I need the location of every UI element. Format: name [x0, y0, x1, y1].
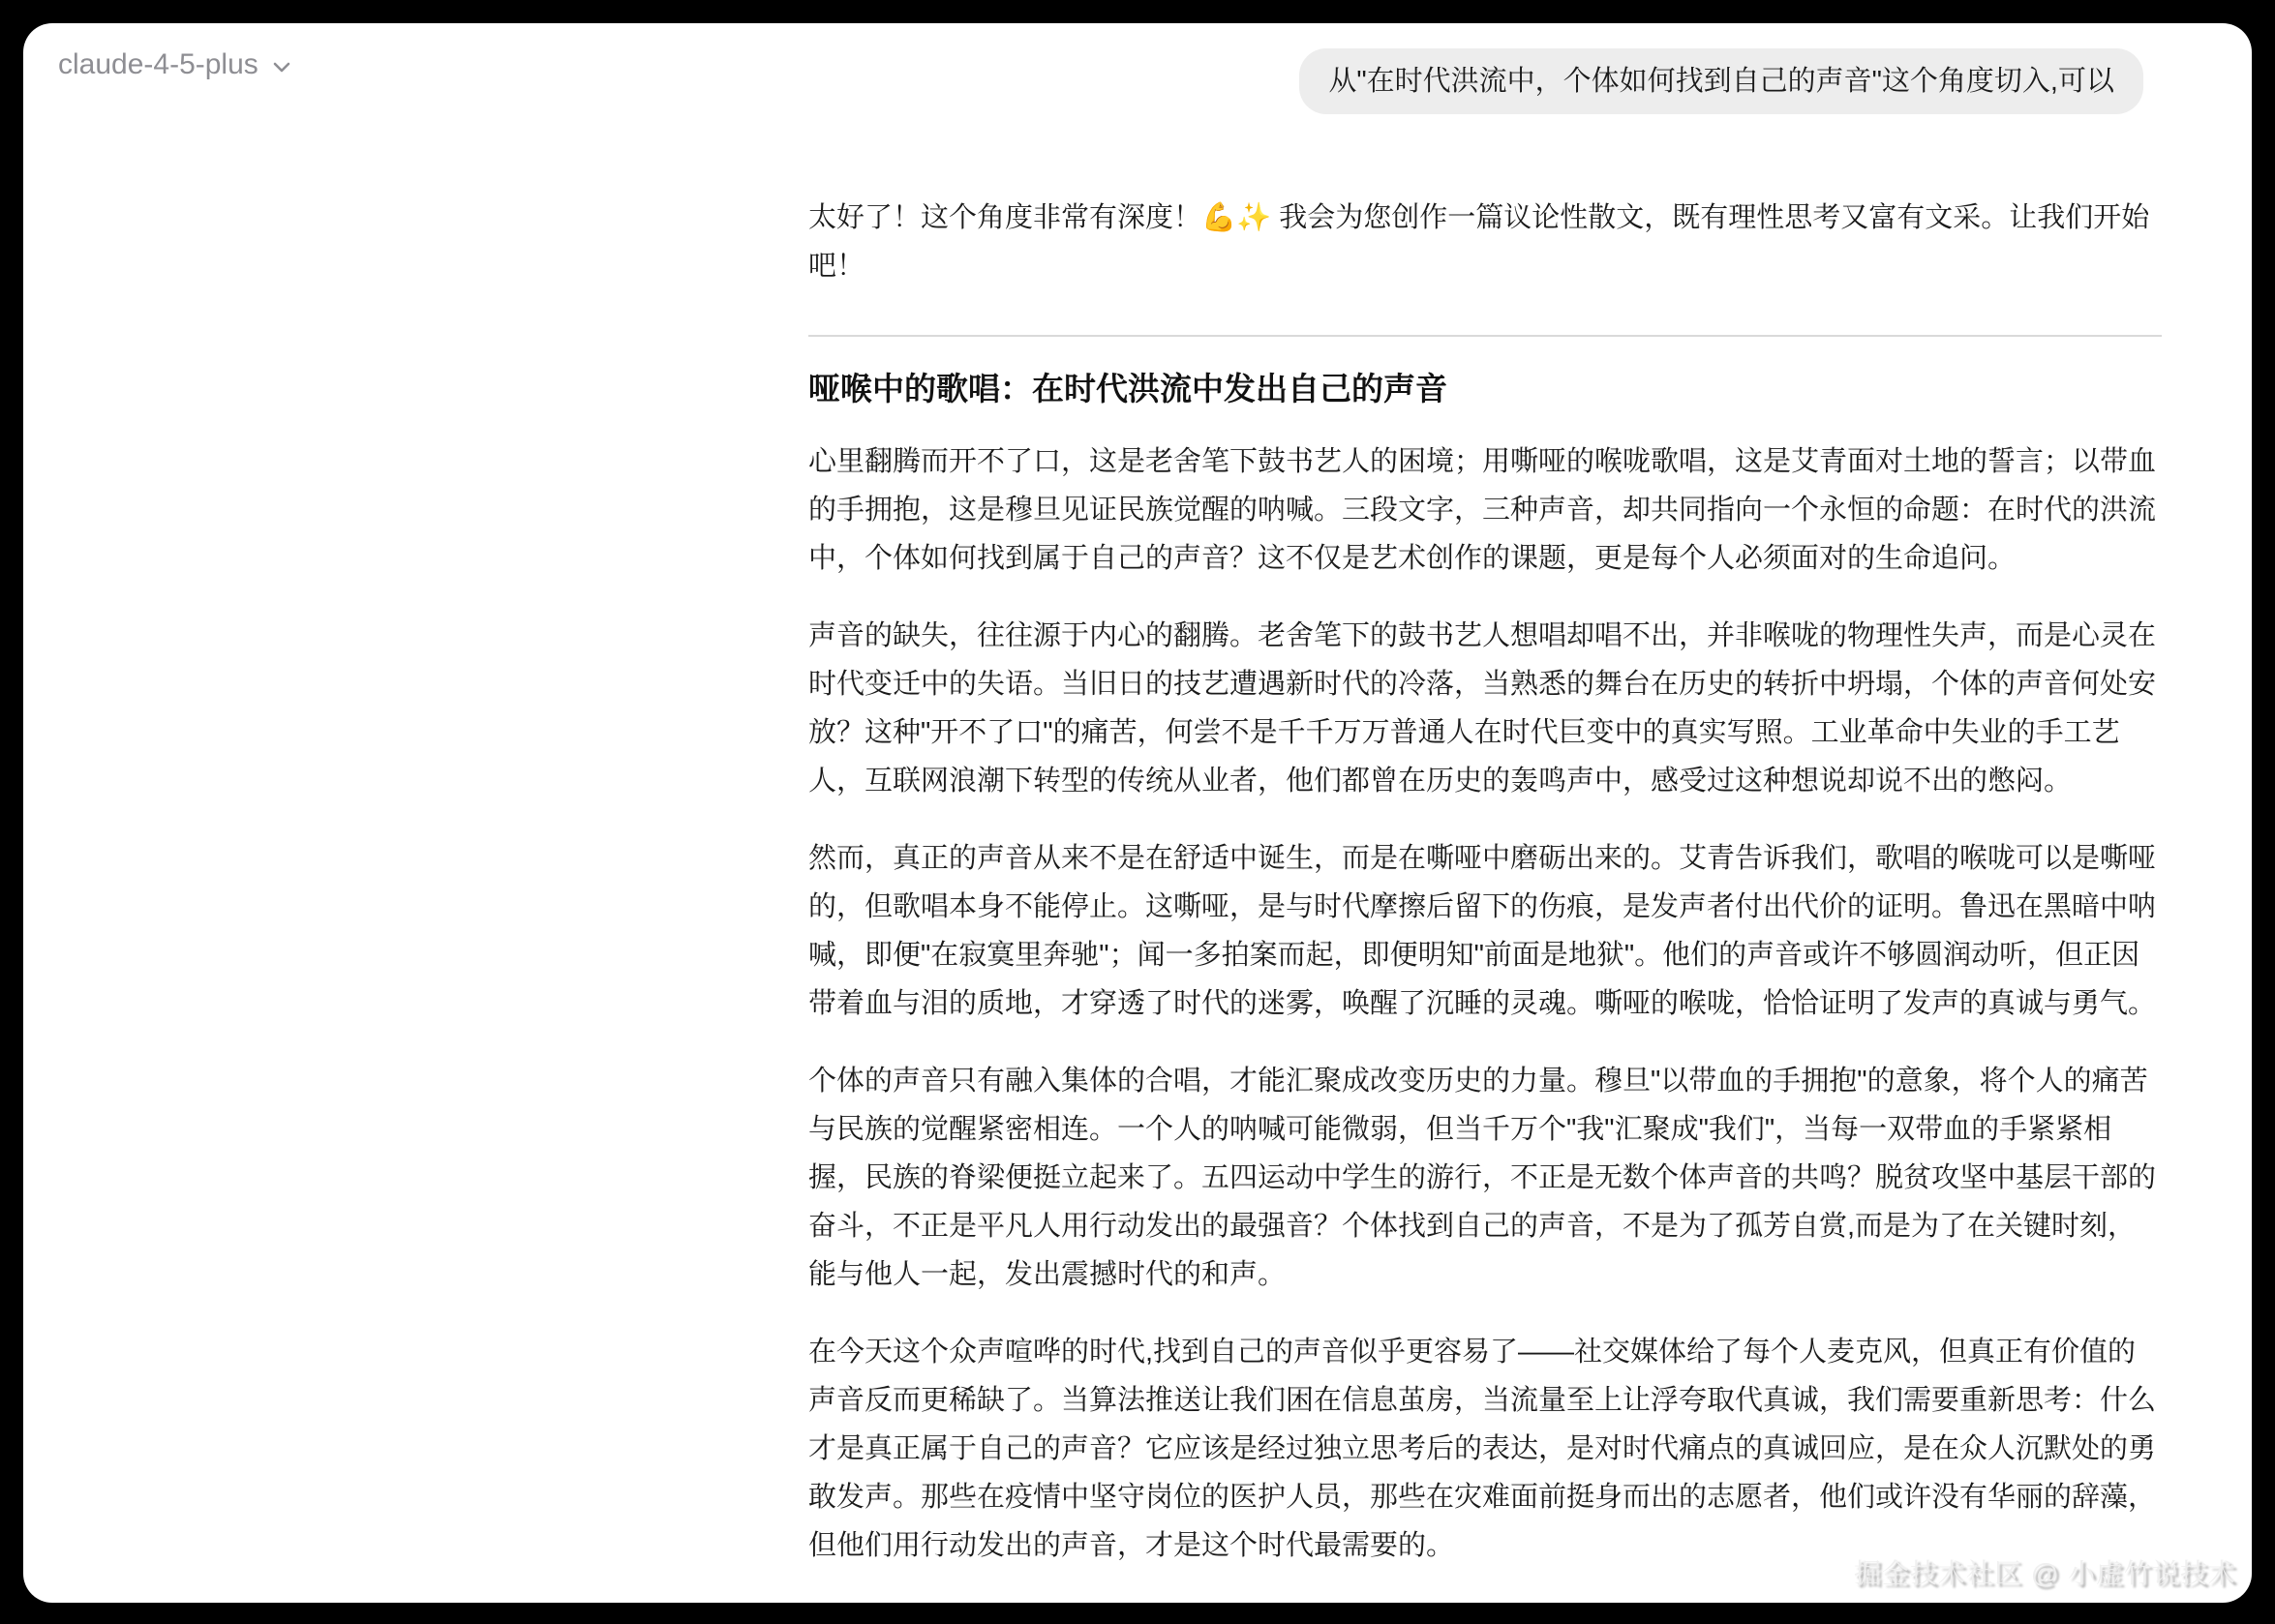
essay-paragraph: 然而，真正的声音从来不是在舒适中诞生，而是在嘶哑中磨砺出来的。艾青告诉我们，歌唱…: [808, 834, 2162, 1028]
essay-title: 哑喉中的歌唱：在时代洪流中发出自己的声音: [808, 368, 2162, 410]
essay-paragraph: 心里翻腾而开不了口，这是老舍笔下鼓书艺人的困境；用嘶哑的喉咙歌唱，这是艾青面对土…: [808, 437, 2162, 583]
section-divider: [808, 335, 2162, 337]
assistant-message: 太好了！这个角度非常有深度！💪✨ 我会为您创作一篇议论性散文，既有理性思考又富有…: [808, 194, 2162, 1570]
model-selector[interactable]: claude-4-5-plus: [58, 48, 293, 81]
essay-paragraph: 在今天这个众声喧哗的时代,找到自己的声音似乎更容易了——社交媒体给了每个人麦克风…: [808, 1328, 2162, 1570]
essay-paragraph: 声音的缺失，往往源于内心的翻腾。老舍笔下的鼓书艺人想唱却唱不出，并非喉咙的物理性…: [808, 612, 2162, 805]
chat-window: claude-4-5-plus 从"在时代洪流中，个体如何找到自己的声音"这个角…: [23, 23, 2252, 1603]
chevron-down-icon: [270, 55, 293, 78]
user-message-bubble: 从"在时代洪流中，个体如何找到自己的声音"这个角度切入,可以: [1299, 48, 2143, 114]
model-selector-label: claude-4-5-plus: [58, 48, 258, 81]
essay-paragraph: 个体的声音只有融入集体的合唱，才能汇聚成改变历史的力量。穆旦"以带血的手拥抱"的…: [808, 1057, 2162, 1299]
assistant-intro-text: 太好了！这个角度非常有深度！💪✨ 我会为您创作一篇议论性散文，既有理性思考又富有…: [808, 194, 2162, 290]
